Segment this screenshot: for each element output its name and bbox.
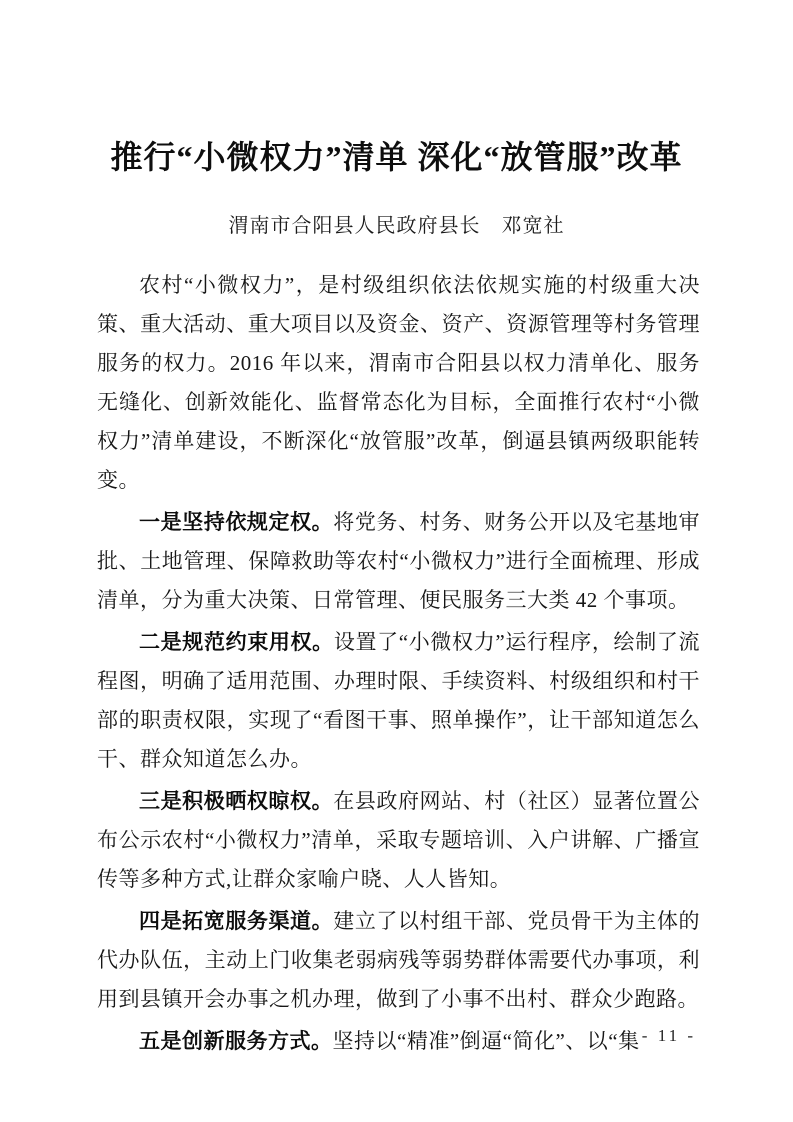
page-title: 推行“小微权力”清单 深化“放管服”改革 [0, 0, 793, 178]
document-body: 农村“小微权力”，是村级组织依法依规实施的村级重大决策、重大活动、重大项目以及资… [97, 266, 700, 1061]
paragraph-intro: 农村“小微权力”，是村级组织依法依规实施的村级重大决策、重大活动、重大项目以及资… [97, 266, 700, 500]
paragraph-lead: 一是坚持依规定权。 [139, 511, 333, 534]
paragraph-point-2: 二是规范约束用权。设置了“小微权力”运行程序，绘制了流程图，明确了适用范围、办理… [97, 623, 700, 779]
paragraph-point-5: 五是创新服务方式。坚持以“精准”倒逼“简化”、以“集 [97, 1022, 700, 1061]
paragraph-lead: 三是积极晒权晾权。 [139, 790, 333, 813]
paragraph-point-1: 一是坚持依规定权。将党务、村务、财务公开以及宅基地审批、土地管理、保障救助等农村… [97, 503, 700, 620]
paragraph-lead: 二是规范约束用权。 [139, 631, 334, 654]
paragraph-text: 农村“小微权力”，是村级组织依法依规实施的村级重大决策、重大活动、重大项目以及资… [97, 273, 700, 492]
byline: 渭南市合阳县人民政府县长 邓宽社 [0, 214, 793, 238]
paragraph-point-4: 四是拓宽服务渠道。建立了以村组干部、党员骨干为主体的代办队伍，主动上门收集老弱病… [97, 902, 700, 1019]
paragraph-lead: 五是创新服务方式。 [139, 1030, 333, 1053]
document-page: 推行“小微权力”清单 深化“放管服”改革 渭南市合阳县人民政府县长 邓宽社 农村… [0, 0, 793, 1122]
paragraph-text: 坚持以“精准”倒逼“简化”、以“集 [333, 1029, 640, 1053]
paragraph-point-3: 三是积极晒权晾权。在县政府网站、村（社区）显著位置公布公示农村“小微权力”清单，… [97, 782, 700, 899]
paragraph-lead: 四是拓宽服务渠道。 [139, 910, 333, 933]
page-number: - 11 - [642, 1026, 696, 1046]
